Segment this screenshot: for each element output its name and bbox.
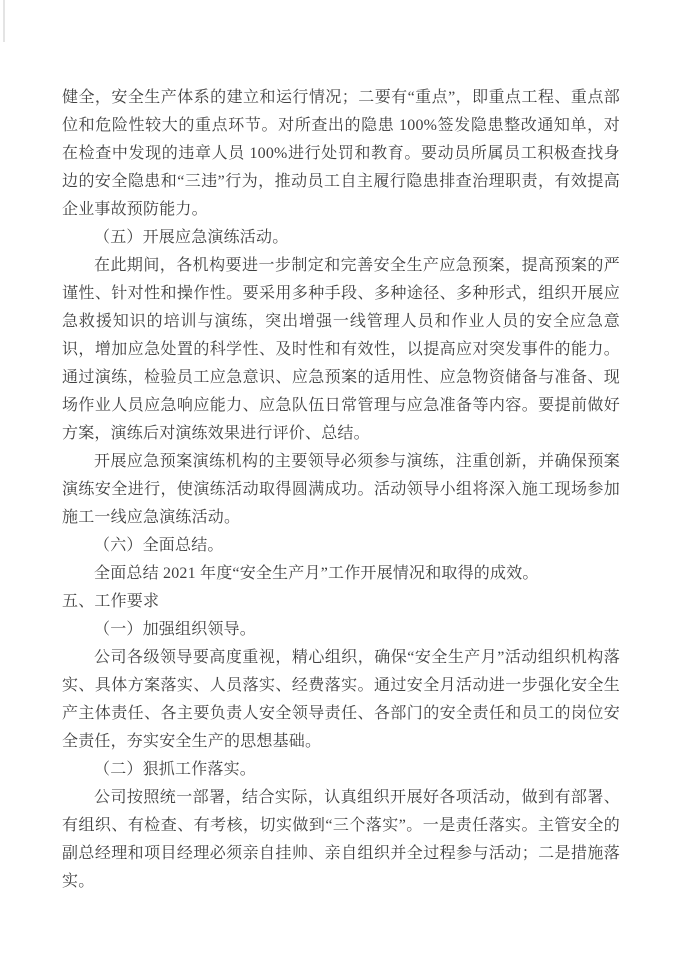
scan-edge-artifact <box>3 0 5 42</box>
document-body: 健全，安全生产体系的建立和运行情况；二要有“重点”，即重点工程、重点部位和危险性… <box>62 84 620 896</box>
paragraph: （六）全面总结。 <box>62 532 620 560</box>
paragraph: 全面总结 2021 年度“安全生产月”工作开展情况和取得的成效。 <box>62 560 620 588</box>
paragraph: （一）加强组织领导。 <box>62 616 620 644</box>
paragraph: 五、工作要求 <box>62 588 620 616</box>
paragraph: （二）狠抓工作落实。 <box>62 756 620 784</box>
paragraph: （五）开展应急演练活动。 <box>62 224 620 252</box>
paragraph: 公司各级领导要高度重视，精心组织，确保“安全生产月”活动组织机构落实、具体方案落… <box>62 644 620 756</box>
paragraph: 在此期间，各机构要进一步制定和完善安全生产应急预案，提高预案的严谨性、针对性和操… <box>62 252 620 448</box>
paragraph: 公司按照统一部署，结合实际，认真组织开展好各项活动，做到有部署、有组织、有检查、… <box>62 784 620 896</box>
paragraph: 健全，安全生产体系的建立和运行情况；二要有“重点”，即重点工程、重点部位和危险性… <box>62 84 620 224</box>
document-page: 健全，安全生产体系的建立和运行情况；二要有“重点”，即重点工程、重点部位和危险性… <box>0 0 679 960</box>
paragraph: 开展应急预案演练机构的主要领导必须参与演练，注重创新，并确保预案演练安全进行，使… <box>62 448 620 532</box>
